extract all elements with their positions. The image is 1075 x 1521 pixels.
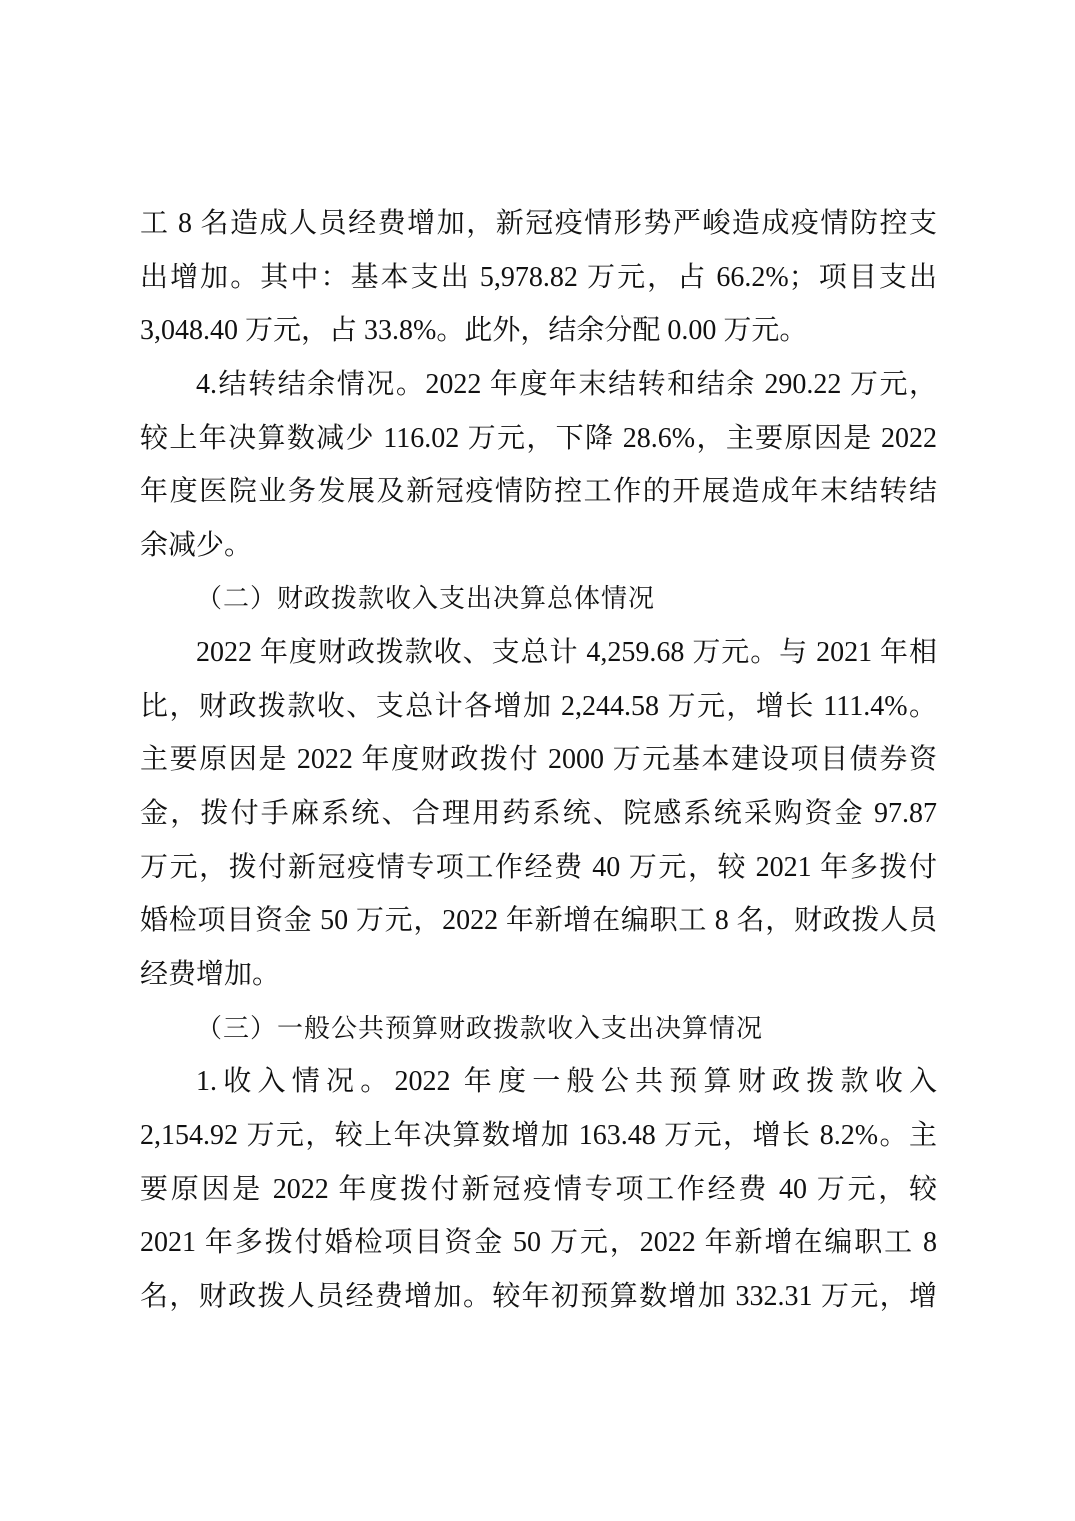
paragraph-line: 经费增加。 bbox=[140, 955, 937, 995]
paragraph-line: 主要原因是 2022 年度财政拨付 2000 万元基本建设项目债券资 bbox=[140, 740, 937, 780]
paragraph-line: 1.收入情况。2022 年度一般公共预算财政拨款收入 bbox=[196, 1062, 937, 1102]
document-page: 工 8 名造成人员经费增加，新冠疫情形势严峻造成疫情防控支 出增加。其中：基本支… bbox=[0, 0, 1075, 1521]
paragraph-line: 2,154.92 万元，较上年决算数增加 163.48 万元，增长 8.2%。主 bbox=[140, 1116, 937, 1156]
paragraph-line: 工 8 名造成人员经费增加，新冠疫情形势严峻造成疫情防控支 bbox=[140, 204, 937, 244]
paragraph-line: 金，拨付手麻系统、合理用药系统、院感系统采购资金 97.87 bbox=[140, 794, 937, 834]
paragraph-line: 万元，拨付新冠疫情专项工作经费 40 万元，较 2021 年多拨付 bbox=[140, 848, 937, 888]
paragraph-line: 较上年决算数减少 116.02 万元，下降 28.6%，主要原因是 2022 bbox=[140, 419, 937, 459]
paragraph-line: 4.结转结余情况。2022 年度年末结转和结余 290.22 万元， bbox=[196, 365, 937, 405]
paragraph-line: 余减少。 bbox=[140, 526, 937, 566]
paragraph-line: 2021 年多拨付婚检项目资金 50 万元，2022 年新增在编职工 8 bbox=[140, 1223, 937, 1263]
paragraph-line: 婚检项目资金 50 万元，2022 年新增在编职工 8 名，财政拨人员 bbox=[140, 901, 937, 941]
paragraph-line: 3,048.40 万元，占 33.8%。此外，结余分配 0.00 万元。 bbox=[140, 311, 937, 351]
paragraph-line: 年度医院业务发展及新冠疫情防控工作的开展造成年末结转结 bbox=[140, 472, 937, 512]
paragraph-line: 比，财政拨款收、支总计各增加 2,244.58 万元，增长 111.4%。 bbox=[140, 687, 937, 727]
section-heading: （二）财政拨款收入支出决算总体情况 bbox=[196, 579, 655, 619]
paragraph-line: 要原因是 2022 年度拨付新冠疫情专项工作经费 40 万元，较 bbox=[140, 1170, 937, 1210]
section-heading: （三）一般公共预算财政拨款收入支出决算情况 bbox=[196, 1009, 763, 1049]
paragraph-line: 出增加。其中：基本支出 5,978.82 万元，占 66.2%；项目支出 bbox=[140, 258, 937, 298]
paragraph-line: 名，财政拨人员经费增加。较年初预算数增加 332.31 万元，增 bbox=[140, 1277, 937, 1317]
paragraph-line: 2022 年度财政拨款收、支总计 4,259.68 万元。与 2021 年相 bbox=[196, 633, 937, 673]
